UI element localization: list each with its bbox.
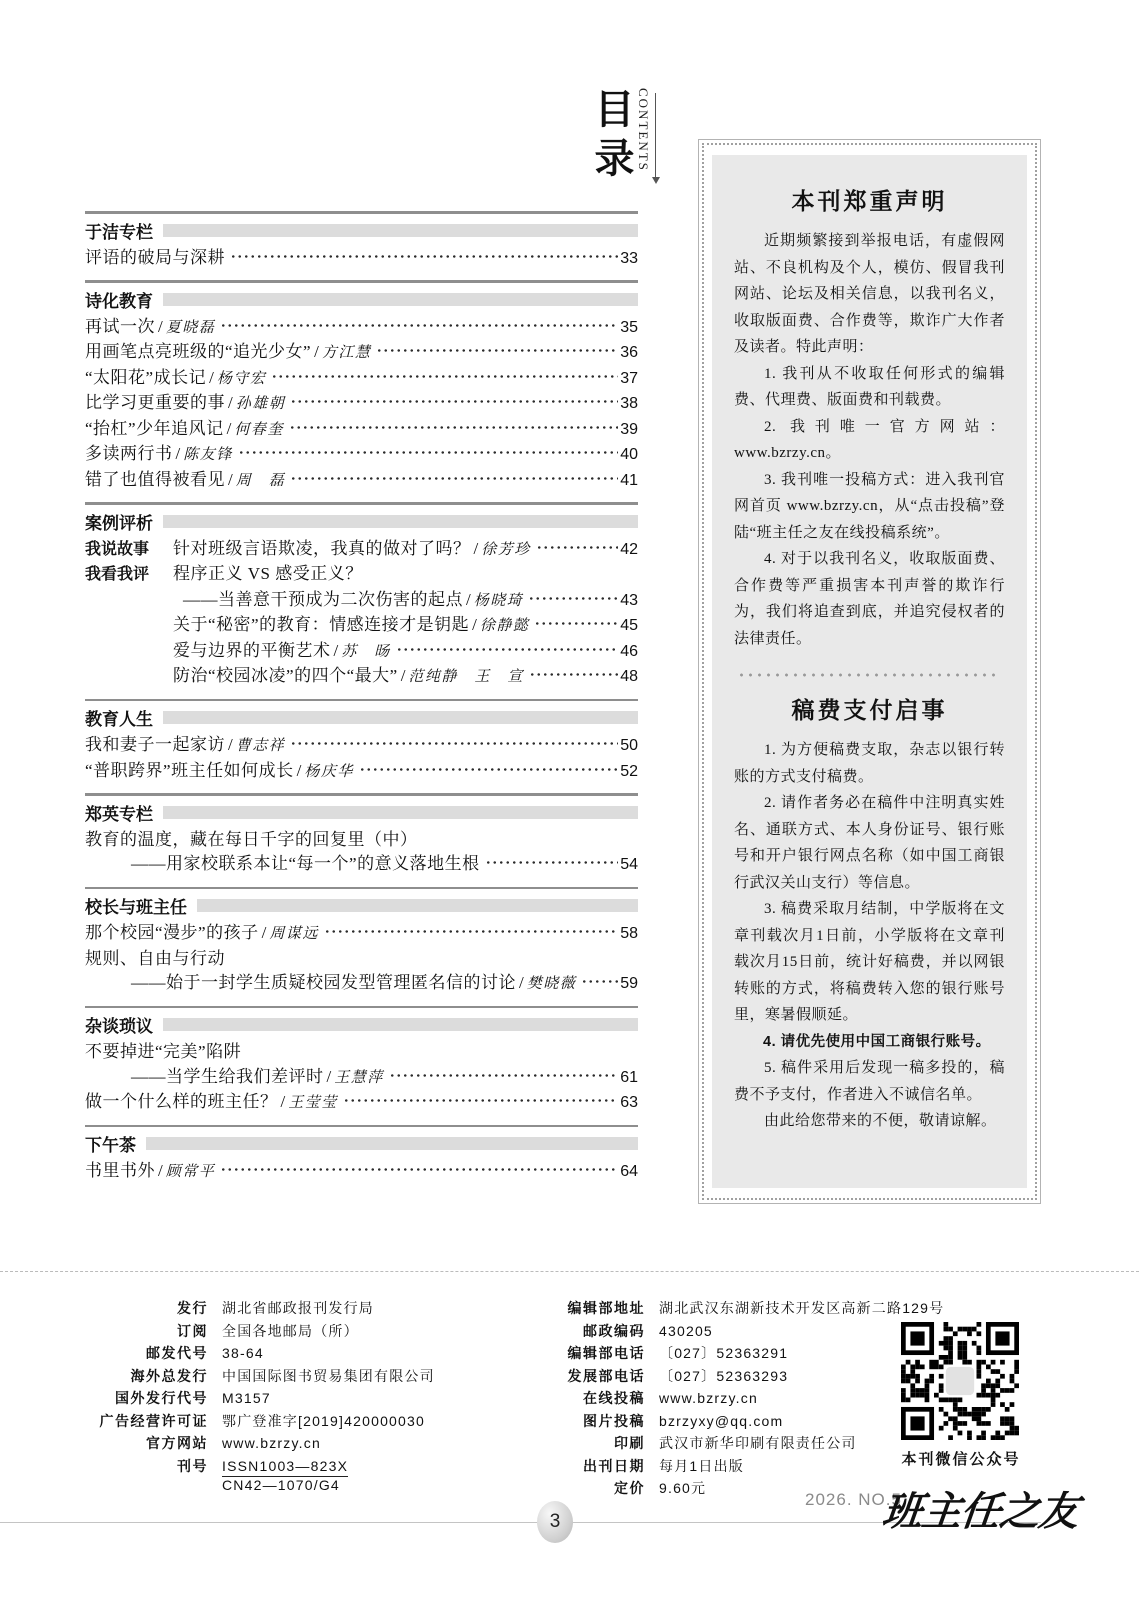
contents-header: 目录 CONTENTS <box>588 88 656 186</box>
entry-page: 33 <box>620 247 638 272</box>
dot-leader <box>271 366 618 383</box>
toc-entry: “抬杠”少年追风记/何春奎39 <box>85 417 638 443</box>
entry-author: 杨晓琦 <box>474 589 524 614</box>
entry-page: 52 <box>620 760 638 785</box>
dot-leader <box>290 733 618 750</box>
entry-author: 杨守宏 <box>217 367 267 392</box>
dot-leader <box>389 1065 618 1082</box>
entry-author: 徐静懿 <box>480 614 530 639</box>
info-row: 出刊日期每月1日出版 <box>525 1455 944 1478</box>
info-row: 广告经营许可证鄂广登准字[2019]420000030 <box>50 1410 435 1433</box>
entry-page: 45 <box>620 614 638 639</box>
toc-section: 于洁专栏评语的破局与深耕33 <box>85 211 638 271</box>
slash-separator: / <box>474 537 479 562</box>
section-title: 下午茶 <box>85 1131 136 1156</box>
toc-entry: 我看我评程序正义 VS 感受正义？ <box>85 562 638 588</box>
publication-info-left: 发行湖北省邮政报刊发行局订阅全国各地邮局（所）邮发代号38-64海外总发行中国国… <box>50 1297 435 1496</box>
entry-title: 做一个什么样的班主任？ <box>85 1090 278 1115</box>
toc-entry: 关于“秘密”的教育：情感连接才是钥匙/徐静懿45 <box>85 613 638 639</box>
entry-author: 王莹莹 <box>288 1091 338 1116</box>
toc-entry: 爱与边界的平衡艺术/苏 旸46 <box>85 639 638 665</box>
info-row: 国外发行代号M3157 <box>50 1387 435 1410</box>
info-value: 武汉市新华印刷有限责任公司 <box>659 1432 857 1455</box>
toc-entry: 那个校园“漫步”的孩子/周谋远58 <box>85 921 638 947</box>
section-title: 案例评析 <box>85 509 153 534</box>
info-label: 出刊日期 <box>525 1455 645 1478</box>
dot-leader <box>238 442 618 459</box>
entry-page: 41 <box>620 469 638 494</box>
info-row: 海外总发行中国国际图书贸易集团有限公司 <box>50 1365 435 1388</box>
info-value: bzrzyxy@qq.com <box>659 1410 783 1433</box>
notice-paragraph: 1. 我刊从不收取任何形式的编辑费、代理费、版面费和刊载费。 <box>734 361 1005 414</box>
entry-author: 夏晓磊 <box>166 316 216 341</box>
info-label: 海外总发行 <box>50 1365 208 1388</box>
entry-author: 何春奎 <box>234 418 284 443</box>
page-title-en: CONTENTS <box>635 88 651 172</box>
dot-leader <box>485 852 619 869</box>
slash-separator: / <box>158 1159 163 1184</box>
info-row: 发展部电话〔027〕52363293 <box>525 1365 944 1388</box>
toc-entry: ——当学生给我们差评时/王慧萍61 <box>85 1065 638 1091</box>
toc-entry: 比学习更重要的事/孙雄朝38 <box>85 391 638 417</box>
info-value-issn: ISSN1003—823X <box>222 1458 348 1477</box>
entry-author: 范纯静 王 宣 <box>408 665 524 690</box>
info-value: 9.60元 <box>659 1477 706 1500</box>
entry-author: 王慧萍 <box>334 1066 384 1091</box>
slash-separator: / <box>327 1065 332 1090</box>
dot-leader <box>324 921 618 938</box>
entry-page: 36 <box>620 341 638 366</box>
info-label: 发行 <box>50 1297 208 1320</box>
entry-title: 教育的温度，藏在每日千字的回复里（中） <box>85 828 418 853</box>
section-header-bar <box>163 806 638 819</box>
toc-section: 诗化教育再试一次/夏晓磊35用画笔点亮班级的“追光少女”/方江慧36“太阳花”成… <box>85 280 638 493</box>
slash-separator: / <box>334 639 339 664</box>
section-title: 诗化教育 <box>85 287 153 312</box>
slash-separator: / <box>228 468 233 493</box>
entry-page: 58 <box>620 922 638 947</box>
qr-caption: 本刊微信公众号 <box>886 1448 1036 1469</box>
section-title: 杂谈琐议 <box>85 1012 153 1037</box>
entry-title: 错了也值得被看见 <box>85 468 225 493</box>
entry-title: “普职跨界”班主任如何成长 <box>85 759 294 784</box>
toc-section: 杂谈琐议不要掉进“完美”陷阱——当学生给我们差评时/王慧萍61做一个什么样的班主… <box>85 1006 638 1116</box>
info-label: 邮政编码 <box>525 1320 645 1343</box>
entry-title: 不要掉进“完美”陷阱 <box>85 1040 241 1065</box>
slash-separator: / <box>228 391 233 416</box>
entry-author: 徐芳珍 <box>481 538 531 563</box>
info-label: 印刷 <box>525 1432 645 1455</box>
entry-page: 46 <box>620 640 638 665</box>
toc-section: 下午茶书里书外/顾常平64 <box>85 1125 638 1185</box>
info-value: M3157 <box>222 1387 271 1410</box>
entry-title: 防治“校园冰凌”的四个“最大” <box>173 664 398 689</box>
toc-entry: “普职跨界”班主任如何成长/杨庆华52 <box>85 759 638 785</box>
slash-separator: / <box>227 417 232 442</box>
entry-author: 周谋远 <box>269 922 319 947</box>
page-title-cn: 目录 <box>588 88 634 186</box>
notice-panel: 本刊郑重声明近期频繁接到举报电话，有虚假网站、不良机构及个人，模仿、假冒我刊网站… <box>698 139 1041 1204</box>
info-row: 印刷武汉市新华印刷有限责任公司 <box>525 1432 944 1455</box>
down-arrow-icon <box>655 93 656 179</box>
entry-author: 顾常平 <box>166 1160 216 1185</box>
toc-entry: ——始于一封学生质疑校园发型管理匿名信的讨论/樊晓薇59 <box>85 971 638 997</box>
dot-leader <box>396 639 618 656</box>
dot-leader <box>534 613 618 630</box>
notice-panel-body: 本刊郑重声明近期频繁接到举报电话，有虚假网站、不良机构及个人，模仿、假冒我刊网站… <box>712 155 1027 1188</box>
info-row: 邮政编码430205 <box>525 1320 944 1343</box>
section-header: 郑英专栏 <box>85 796 638 828</box>
notice-paragraph: 2. 我刊唯一官方网站：www.bzrzy.cn。 <box>734 414 1005 467</box>
wechat-qr-code-icon <box>901 1322 1019 1440</box>
entry-title: 多读两行书 <box>85 442 173 467</box>
entry-title: ——当学生给我们差评时 <box>131 1065 324 1090</box>
info-value: 湖北武汉东湖新技术开发区高新二路129号 <box>659 1297 944 1320</box>
info-row: 官方网站www.bzrzy.cn <box>50 1432 435 1455</box>
notice-paragraph: 4. 请优先使用中国工商银行账号。 <box>734 1029 1005 1056</box>
wavy-divider <box>738 672 1001 678</box>
section-header: 教育人生 <box>85 701 638 733</box>
info-row: 邮发代号38-64 <box>50 1342 435 1365</box>
slash-separator: / <box>228 733 233 758</box>
toc-entry: 错了也值得被看见/周 磊41 <box>85 468 638 494</box>
notice-paragraph: 1. 为方便稿费支取，杂志以银行转账的方式支付稿费。 <box>734 737 1005 790</box>
info-value: 中国国际图书贸易集团有限公司 <box>222 1365 435 1388</box>
info-row: 刊号ISSN1003—823XCN42—1070/G4 <box>50 1455 435 1497</box>
entry-title: “抬杠”少年追风记 <box>85 417 224 442</box>
slash-separator: / <box>401 664 406 689</box>
entry-page: 63 <box>620 1091 638 1116</box>
section-header-bar <box>146 1137 638 1150</box>
dot-leader <box>359 759 618 776</box>
section-header: 于洁专栏 <box>85 214 638 246</box>
info-row: 在线投稿www.bzrzy.cn <box>525 1387 944 1410</box>
section-header: 诗化教育 <box>85 283 638 315</box>
notice-title: 稿费支付启事 <box>734 692 1005 725</box>
entry-title: 再试一次 <box>85 315 155 340</box>
section-header-bar <box>163 711 638 724</box>
info-value: 鄂广登准字[2019]420000030 <box>222 1410 425 1433</box>
slash-separator: / <box>176 442 181 467</box>
entry-page: 59 <box>620 972 638 997</box>
slash-separator: / <box>519 971 524 996</box>
entry-page: 48 <box>620 665 638 690</box>
slash-separator: / <box>466 588 471 613</box>
toc-entry: 不要掉进“完美”陷阱 <box>85 1040 638 1065</box>
slash-separator: / <box>262 921 267 946</box>
entry-page: 38 <box>620 392 638 417</box>
section-title: 校长与班主任 <box>85 893 187 918</box>
publication-info-right: 编辑部地址湖北武汉东湖新技术开发区高新二路129号邮政编码430205编辑部电话… <box>525 1297 944 1500</box>
entry-author: 陈友锋 <box>183 443 233 468</box>
entry-author: 樊晓薇 <box>527 972 577 997</box>
entry-page: 39 <box>620 418 638 443</box>
slash-separator: / <box>158 315 163 340</box>
dot-leader <box>528 588 618 605</box>
info-value: 每月1日出版 <box>659 1455 744 1478</box>
section-header-bar <box>197 899 638 912</box>
toc-entry: ——用家校联系本让“每一个”的意义落地生根54 <box>85 852 638 878</box>
entry-title: ——用家校联系本让“每一个”的意义落地生根 <box>131 852 480 877</box>
notice-paragraph: 5. 稿件采用后发现一稿多投的，稿费不予支付，作者进入不诚信名单。 <box>734 1055 1005 1108</box>
entry-page: 64 <box>620 1160 638 1185</box>
toc-entry: 防治“校园冰凌”的四个“最大”/范纯静 王 宣48 <box>85 664 638 690</box>
info-value: 38-64 <box>222 1342 264 1365</box>
entry-title: ——当善意干预成为二次伤害的起点 <box>183 588 463 613</box>
toc-entry: “太阳花”成长记/杨守宏37 <box>85 366 638 392</box>
entry-author: 周 磊 <box>236 469 286 494</box>
dot-leader <box>220 315 618 332</box>
toc-entry: ——当善意干预成为二次伤害的起点/杨晓琦43 <box>85 588 638 614</box>
entry-title: 关于“秘密”的教育：情感连接才是钥匙 <box>173 613 469 638</box>
notice-paragraph: 3. 我刊唯一投稿方式：进入我刊官网首页 www.bzrzy.cn，从“点击投稿… <box>734 467 1005 547</box>
section-title: 于洁专栏 <box>85 218 153 243</box>
entry-page: 35 <box>620 316 638 341</box>
toc-entry: 规则、自由与行动 <box>85 947 638 972</box>
toc-entry: 我说故事针对班级言语欺凌，我真的做对了吗？/徐芳珍42 <box>85 537 638 563</box>
section-title: 教育人生 <box>85 705 153 730</box>
section-header: 杂谈琐议 <box>85 1008 638 1040</box>
entry-title: “太阳花”成长记 <box>85 366 206 391</box>
entry-page: 37 <box>620 367 638 392</box>
entry-title: 程序正义 VS 感受正义？ <box>173 562 363 587</box>
entry-title: 用画笔点亮班级的“追光少女” <box>85 340 311 365</box>
dot-leader <box>230 246 618 263</box>
notice-paragraph: 4. 对于以我刊名义，收取版面费、合作费等严重损害本刊声誉的欺诈行为，我们将追查… <box>734 546 1005 652</box>
toc-entry: 书里书外/顾常平64 <box>85 1159 638 1185</box>
info-value: www.bzrzy.cn <box>222 1432 321 1455</box>
toc-entry: 评语的破局与深耕33 <box>85 246 638 272</box>
entry-title: 评语的破局与深耕 <box>85 246 225 271</box>
info-label: 国外发行代号 <box>50 1387 208 1410</box>
toc-section: 校长与班主任那个校园“漫步”的孩子/周谋远58规则、自由与行动——始于一封学生质… <box>85 887 638 997</box>
toc-entry: 做一个什么样的班主任？/王莹莹63 <box>85 1090 638 1116</box>
info-value: 430205 <box>659 1320 713 1343</box>
dashed-divider <box>0 1271 1139 1272</box>
toc-entry: 多读两行书/陈友锋40 <box>85 442 638 468</box>
toc: 于洁专栏评语的破局与深耕33诗化教育再试一次/夏晓磊35用画笔点亮班级的“追光少… <box>85 211 638 1194</box>
dot-leader <box>529 664 618 681</box>
info-row: 发行湖北省邮政报刊发行局 <box>50 1297 435 1320</box>
toc-section: 郑英专栏教育的温度，藏在每日千字的回复里（中）——用家校联系本让“每一个”的意义… <box>85 793 638 878</box>
info-label: 编辑部地址 <box>525 1297 645 1320</box>
info-value: www.bzrzy.cn <box>659 1387 758 1410</box>
slash-separator: / <box>297 759 302 784</box>
info-label: 刊号 <box>50 1455 208 1497</box>
magazine-contents-page: 目录 CONTENTS 于洁专栏评语的破局与深耕33诗化教育再试一次/夏晓磊35… <box>0 0 1139 1611</box>
info-value: 〔027〕52363291 <box>659 1342 788 1365</box>
info-value: 全国各地邮局（所） <box>222 1320 359 1343</box>
info-value: 〔027〕52363293 <box>659 1365 788 1388</box>
slash-separator: / <box>472 613 477 638</box>
entry-title: ——始于一封学生质疑校园发型管理匿名信的讨论 <box>131 971 516 996</box>
info-label: 图片投稿 <box>525 1410 645 1433</box>
info-label: 邮发代号 <box>50 1342 208 1365</box>
info-label: 在线投稿 <box>525 1387 645 1410</box>
notice-paragraph: 近期频繁接到举报电话，有虚假网站、不良机构及个人，模仿、假冒我刊网站、论坛及相关… <box>734 228 1005 361</box>
journal-logo: 班主任之友 <box>880 1480 1081 1537</box>
entry-tag: 我看我评 <box>85 563 173 588</box>
section-header-bar <box>163 515 638 528</box>
dot-leader <box>343 1090 618 1107</box>
toc-section: 教育人生我和妻子一起家访/曹志祥50“普职跨界”班主任如何成长/杨庆华52 <box>85 699 638 785</box>
entry-author: 苏 旸 <box>341 640 391 665</box>
entry-title: 规则、自由与行动 <box>85 947 225 972</box>
dot-leader <box>220 1159 618 1176</box>
entry-tag: 我说故事 <box>85 538 173 563</box>
entry-title: 那个校园“漫步”的孩子 <box>85 921 259 946</box>
dot-leader <box>290 468 618 485</box>
dot-leader <box>289 417 618 434</box>
notice-paragraph: 由此给您带来的不便，敬请谅解。 <box>734 1108 1005 1135</box>
info-label: 定价 <box>525 1477 645 1500</box>
slash-separator: / <box>281 1090 286 1115</box>
section-header: 下午茶 <box>85 1127 638 1159</box>
section-header-bar <box>163 1018 638 1031</box>
section-title: 郑英专栏 <box>85 800 153 825</box>
section-header: 校长与班主任 <box>85 889 638 921</box>
entry-author: 曹志祥 <box>236 734 286 759</box>
slash-separator: / <box>209 366 214 391</box>
info-label: 广告经营许可证 <box>50 1410 208 1433</box>
page-number-badge: 3 <box>537 1501 573 1543</box>
toc-entry: 教育的温度，藏在每日千字的回复里（中） <box>85 828 638 853</box>
slash-separator: / <box>314 340 319 365</box>
info-value: ISSN1003—823XCN42—1070/G4 <box>222 1455 348 1497</box>
section-header-bar <box>163 293 638 306</box>
section-header-bar <box>163 224 638 237</box>
notice-paragraph: 2. 请作者务必在稿件中注明真实姓名、通联方式、本人身份证号、银行账号和开户银行… <box>734 790 1005 896</box>
info-value-cn: CN42—1070/G4 <box>222 1477 340 1493</box>
dot-leader <box>290 391 618 408</box>
dot-leader <box>581 971 618 988</box>
entry-author: 杨庆华 <box>304 760 354 785</box>
toc-entry: 再试一次/夏晓磊35 <box>85 315 638 341</box>
entry-page: 42 <box>620 538 638 563</box>
info-label: 官方网站 <box>50 1432 208 1455</box>
info-label: 发展部电话 <box>525 1365 645 1388</box>
info-label: 订阅 <box>50 1320 208 1343</box>
dot-leader <box>536 537 618 554</box>
entry-title: 比学习更重要的事 <box>85 391 225 416</box>
entry-page: 54 <box>620 853 638 878</box>
dot-leader <box>376 340 618 357</box>
entry-page: 61 <box>620 1066 638 1091</box>
entry-author: 方江慧 <box>322 341 372 366</box>
entry-title: 针对班级言语欺凌，我真的做对了吗？ <box>173 537 471 562</box>
info-row: 编辑部电话〔027〕52363291 <box>525 1342 944 1365</box>
toc-entry: 我和妻子一起家访/曹志祥50 <box>85 733 638 759</box>
entry-title: 我和妻子一起家访 <box>85 733 225 758</box>
entry-title: 爱与边界的平衡艺术 <box>173 639 331 664</box>
notice-paragraph: 3. 稿费采取月结制，中学版将在文章刊载次月1日前，小学版将在文章刊载次月15日… <box>734 896 1005 1029</box>
entry-page: 50 <box>620 734 638 759</box>
entry-page: 43 <box>620 589 638 614</box>
notice-title: 本刊郑重声明 <box>734 183 1005 216</box>
toc-entry: 用画笔点亮班级的“追光少女”/方江慧36 <box>85 340 638 366</box>
info-label: 编辑部电话 <box>525 1342 645 1365</box>
entry-page: 40 <box>620 443 638 468</box>
info-row: 编辑部地址湖北武汉东湖新技术开发区高新二路129号 <box>525 1297 944 1320</box>
entry-author: 孙雄朝 <box>236 392 286 417</box>
toc-section: 案例评析我说故事针对班级言语欺凌，我真的做对了吗？/徐芳珍42我看我评程序正义 … <box>85 502 638 690</box>
info-value: 湖北省邮政报刊发行局 <box>222 1297 374 1320</box>
info-row: 订阅全国各地邮局（所） <box>50 1320 435 1343</box>
section-header: 案例评析 <box>85 505 638 537</box>
entry-title: 书里书外 <box>85 1159 155 1184</box>
info-row: 图片投稿bzrzyxy@qq.com <box>525 1410 944 1433</box>
